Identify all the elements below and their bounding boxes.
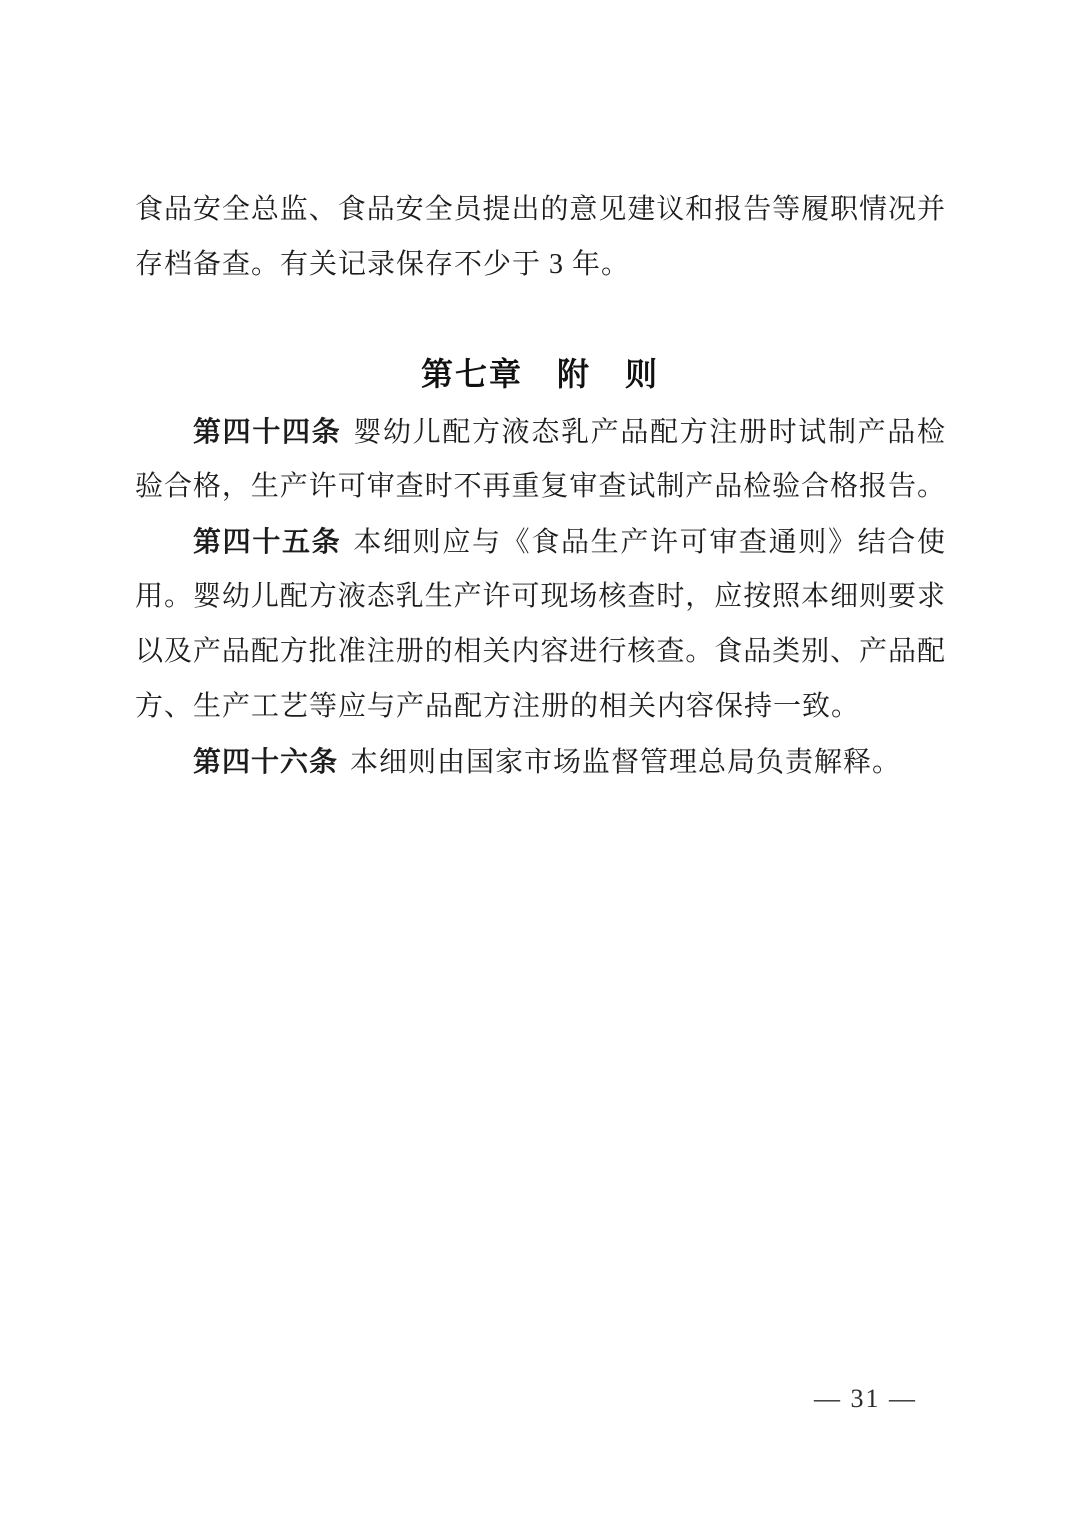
article-46-number: 第四十六条 <box>193 746 338 777</box>
article-45-line-1: 第四十五条本细则应与《食品生产许可审查通则》结合使 <box>135 514 945 569</box>
article-44-line-2: 验合格，生产许可审查时不再重复审查试制产品检验合格报告。 <box>135 459 945 514</box>
article-45-line-2: 用。婴幼儿配方液态乳生产许可现场核查时，应按照本细则要求 <box>135 569 945 624</box>
article-46-text: 本细则由国家市场监督管理总局负责解释。 <box>350 747 901 778</box>
document-page: 食品安全总监、食品安全员提出的意见建议和报告等履职情况并 存档备查。有关记录保存… <box>0 0 1080 1527</box>
article-46-line-1: 第四十六条本细则由国家市场监督管理总局负责解释。 <box>135 734 945 789</box>
continuation-line-2: 存档备查。有关记录保存不少于 3 年。 <box>135 237 945 292</box>
article-44-number: 第四十四条 <box>193 416 341 447</box>
article-44-text: 婴幼儿配方液态乳产品配方注册时试制产品检 <box>353 417 945 448</box>
article-45-text: 本细则应与《食品生产许可审查通则》结合使 <box>353 527 945 558</box>
article-45-line-3: 以及产品配方批准注册的相关内容进行核查。食品类别、产品配 <box>135 624 945 679</box>
continuation-line-1: 食品安全总监、食品安全员提出的意见建议和报告等履职情况并 <box>135 182 945 237</box>
body-text: 食品安全总监、食品安全员提出的意见建议和报告等履职情况并 存档备查。有关记录保存… <box>135 182 945 789</box>
chapter-heading: 第七章 附 则 <box>135 347 945 402</box>
page-number: — 31 — <box>814 1384 917 1414</box>
article-45-line-4: 方、生产工艺等应与产品配方注册的相关内容保持一致。 <box>135 679 945 734</box>
article-45-number: 第四十五条 <box>193 526 341 557</box>
article-44-line-1: 第四十四条婴幼儿配方液态乳产品配方注册时试制产品检 <box>135 404 945 459</box>
